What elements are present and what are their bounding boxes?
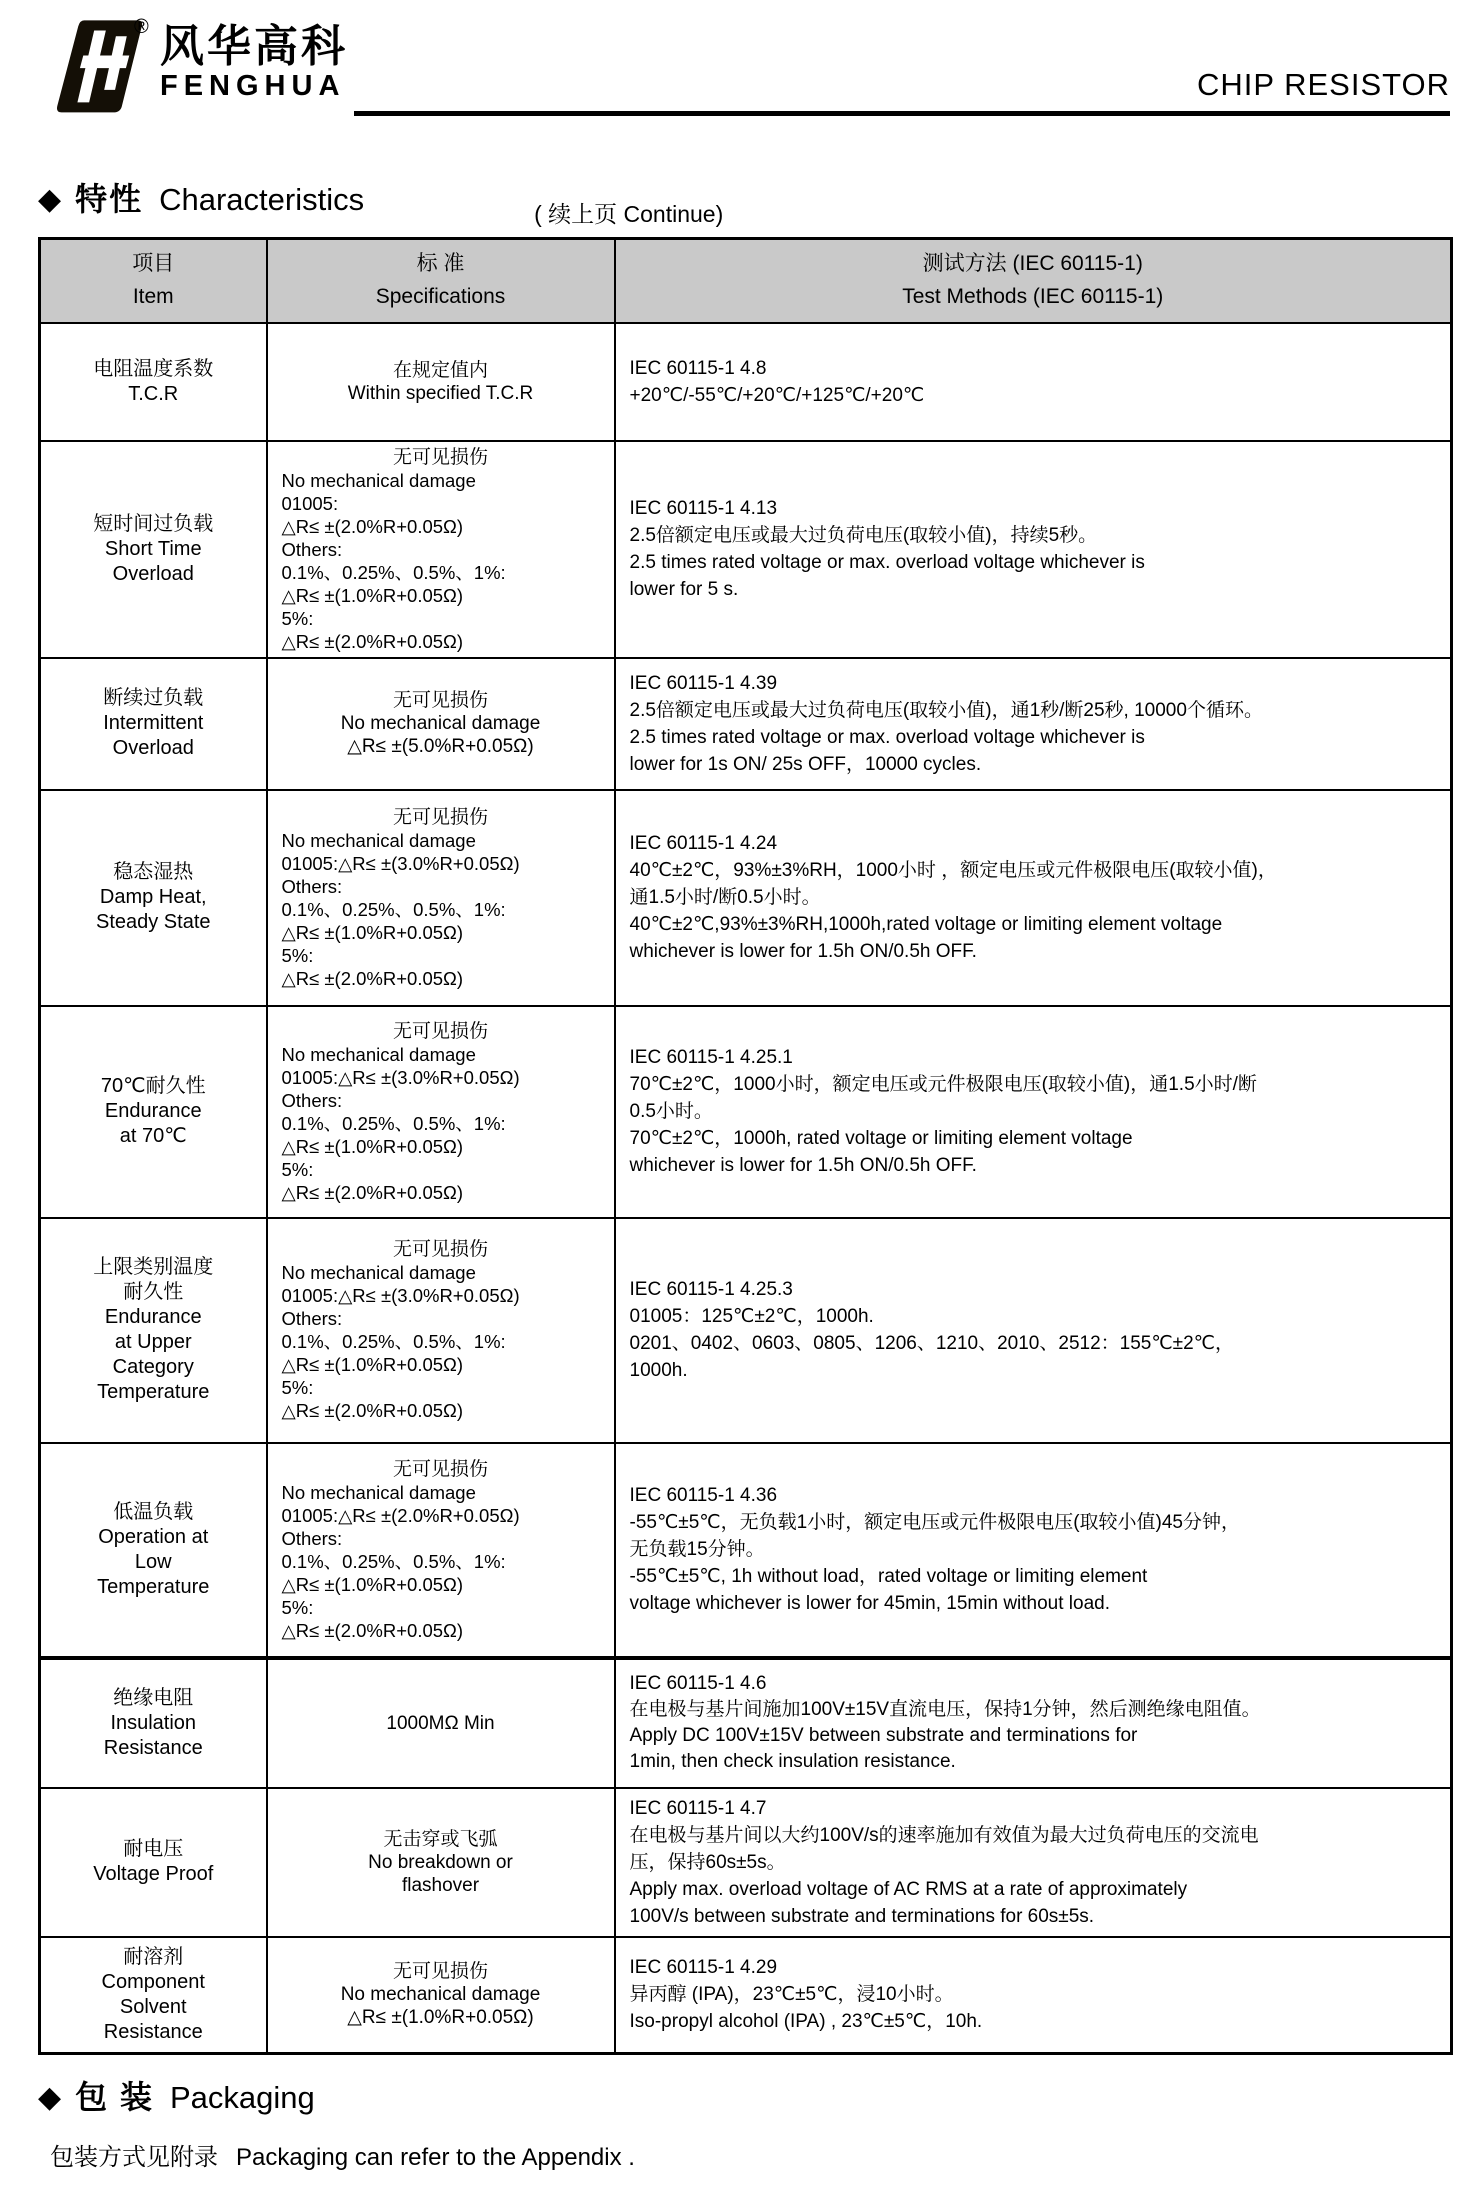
spec-text: No mechanical damage 01005: △R≤ ±(2.0%R+… [274, 469, 608, 653]
table-row-tcr: 电阻温度系数 T.C.R 在规定值内 Within specified T.C.… [40, 323, 1452, 441]
spec-text: No mechanical damage 01005:△R≤ ±(3.0%R+0… [274, 1043, 608, 1204]
section-title-en: Characteristics [159, 184, 364, 215]
packaging-note-zh: 包装方式见附录 [50, 2144, 218, 2171]
row-specification: 无可见损伤 No mechanical damage △R≤ ±(1.0%R+0… [267, 1937, 615, 2054]
row-specification: 无可见损伤 No mechanical damage 01005:△R≤ ±(3… [267, 1006, 615, 1218]
row-item-label: 短时间过负载 Short Time Overload [40, 441, 267, 658]
table-row-damp-heat: 稳态湿热 Damp Heat, Steady State 无可见损伤 No me… [40, 790, 1452, 1006]
fenghua-logo-icon [54, 16, 146, 116]
row-specification: 1000MΩ Min [267, 1658, 615, 1788]
table-row-voltage-proof: 耐电压 Voltage Proof 无击穿或飞弧 No breakdown or… [40, 1788, 1452, 1937]
row-specification: 无可见损伤 No mechanical damage 01005: △R≤ ±(… [267, 441, 615, 658]
table-header-row: 项目 Item 标 准 Specifications 测试方法 (IEC 601… [40, 239, 1452, 323]
column-header-specifications: 标 准 Specifications [267, 239, 615, 323]
spec-text: No mechanical damage 01005:△R≤ ±(3.0%R+0… [274, 829, 608, 990]
row-item-label: 稳态湿热 Damp Heat, Steady State [40, 790, 267, 1006]
spec-heading: 无可见损伤 [274, 446, 608, 469]
logo-company-name-en: FENGHUA [160, 70, 348, 103]
spec-heading: 无可见损伤 [274, 1238, 608, 1261]
row-test-method: IEC 60115-1 4.29 异丙醇 (IPA)，23℃±5℃，浸10小时。… [615, 1937, 1452, 2054]
spec-text: 1000MΩ Min [274, 1712, 608, 1735]
fenghua-logo: ® 风华高科 FENGHUA [38, 16, 348, 116]
page-title: CHIP RESISTOR [1197, 67, 1450, 102]
table-row-endurance-upper-category: 上限类别温度 耐久性 Endurance at Upper Category T… [40, 1218, 1452, 1443]
continue-note: ( 续上页 Continue) [534, 196, 723, 229]
row-item-label: 断续过负载 Intermittent Overload [40, 658, 267, 790]
row-test-method: IEC 60115-1 4.25.1 70℃±2℃，1000小时，额定电压或元件… [615, 1006, 1452, 1218]
row-test-method: IEC 60115-1 4.13 2.5倍额定电压或最大过负荷电压(取较小值)，… [615, 441, 1452, 658]
row-specification: 无可见损伤 No mechanical damage 01005:△R≤ ±(3… [267, 790, 615, 1006]
row-item-label: 低温负载 Operation at Low Temperature [40, 1443, 267, 1658]
spec-text: 无可见损伤 No mechanical damage △R≤ ±(1.0%R+0… [274, 1960, 608, 2029]
spec-heading: 无可见损伤 [274, 1458, 608, 1481]
registered-trademark-icon: ® [134, 16, 149, 39]
spec-heading: 无可见损伤 [274, 806, 608, 829]
header-rule: CHIP RESISTOR [354, 67, 1450, 116]
row-specification: 无可见损伤 No mechanical damage △R≤ ±(5.0%R+0… [267, 658, 615, 790]
table-row-operation-low-temperature: 低温负载 Operation at Low Temperature 无可见损伤 … [40, 1443, 1452, 1658]
packaging-title-en: Packaging [170, 2082, 315, 2113]
column-header-test-methods: 测试方法 (IEC 60115-1) Test Methods (IEC 601… [615, 239, 1452, 323]
row-test-method: IEC 60115-1 4.25.3 01005：125℃±2℃，1000h. … [615, 1218, 1452, 1443]
packaging-title-zh: 包 装 [75, 2081, 154, 2113]
row-item-label: 耐溶剂 Component Solvent Resistance [40, 1937, 267, 2054]
spec-text: 无击穿或飞弧 No breakdown or flashover [274, 1828, 608, 1897]
table-row-intermittent-overload: 断续过负载 Intermittent Overload 无可见损伤 No mec… [40, 658, 1452, 790]
row-specification: 在规定值内 Within specified T.C.R [267, 323, 615, 441]
row-item-label: 耐电压 Voltage Proof [40, 1788, 267, 1937]
spec-text: No mechanical damage 01005:△R≤ ±(3.0%R+0… [274, 1261, 608, 1422]
spec-text: No mechanical damage 01005:△R≤ ±(2.0%R+0… [274, 1481, 608, 1642]
characteristics-table: 项目 Item 标 准 Specifications 测试方法 (IEC 601… [38, 237, 1453, 2055]
row-test-method: IEC 60115-1 4.36 -55℃±5℃，无负载1小时，额定电压或元件极… [615, 1443, 1452, 1658]
row-test-method: IEC 60115-1 4.39 2.5倍额定电压或最大过负荷电压(取较小值)，… [615, 658, 1452, 790]
section-title-zh: 特性 [75, 183, 143, 215]
table-row-short-time-overload: 短时间过负载 Short Time Overload 无可见损伤 No mech… [40, 441, 1452, 658]
column-header-item: 项目 Item [40, 239, 267, 323]
spec-text: 在规定值内 Within specified T.C.R [274, 359, 608, 405]
characteristics-section-title: ◆ 特性 Characteristics ( 续上页 Continue) [38, 182, 1450, 215]
table-row-component-solvent-resistance: 耐溶剂 Component Solvent Resistance 无可见损伤 N… [40, 1937, 1452, 2054]
diamond-bullet-icon: ◆ [38, 185, 61, 215]
page-header: ® 风华高科 FENGHUA CHIP RESISTOR [38, 16, 1450, 116]
spec-text: 无可见损伤 No mechanical damage △R≤ ±(5.0%R+0… [274, 689, 608, 758]
table-row-endurance-70c: 70℃耐久性 Endurance at 70℃ 无可见损伤 No mechani… [40, 1006, 1452, 1218]
row-test-method: IEC 60115-1 4.8 +20℃/-55℃/+20℃/+125℃/+20… [615, 323, 1452, 441]
row-specification: 无可见损伤 No mechanical damage 01005:△R≤ ±(2… [267, 1443, 615, 1658]
packaging-note: 包装方式见附录Packaging can refer to the Append… [38, 2137, 1450, 2172]
row-item-label: 绝缘电阻 Insulation Resistance [40, 1658, 267, 1788]
datasheet-page: ® 风华高科 FENGHUA CHIP RESISTOR ◆ 特性 Charac… [0, 0, 1484, 2192]
table-row-insulation-resistance: 绝缘电阻 Insulation Resistance 1000MΩ Min IE… [40, 1658, 1452, 1788]
row-specification: 无击穿或飞弧 No breakdown or flashover [267, 1788, 615, 1937]
packaging-note-en: Packaging can refer to the Appendix . [236, 2144, 635, 2171]
logo-text: 风华高科 FENGHUA [160, 16, 348, 104]
packaging-section-title: ◆ 包 装 Packaging [38, 2081, 1450, 2113]
row-test-method: IEC 60115-1 4.24 40℃±2℃，93%±3%RH，1000小时 … [615, 790, 1452, 1006]
logo-company-name-cn: 风华高科 [160, 24, 348, 70]
row-test-method: IEC 60115-1 4.6 在电极与基片间施加100V±15V直流电压，保持… [615, 1658, 1452, 1788]
row-item-label: 电阻温度系数 T.C.R [40, 323, 267, 441]
row-item-label: 70℃耐久性 Endurance at 70℃ [40, 1006, 267, 1218]
spec-heading: 无可见损伤 [274, 1020, 608, 1043]
row-test-method: IEC 60115-1 4.7 在电极与基片间以大约100V/s的速率施加有效值… [615, 1788, 1452, 1937]
row-specification: 无可见损伤 No mechanical damage 01005:△R≤ ±(3… [267, 1218, 615, 1443]
row-item-label: 上限类别温度 耐久性 Endurance at Upper Category T… [40, 1218, 267, 1443]
diamond-bullet-icon: ◆ [38, 2083, 61, 2113]
